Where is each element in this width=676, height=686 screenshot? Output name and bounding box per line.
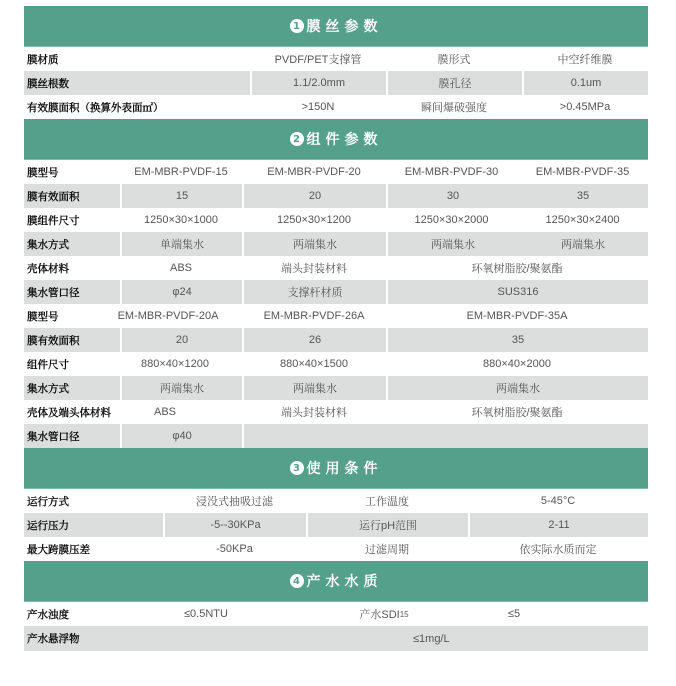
table-cell: 端头封装材料 xyxy=(242,256,386,280)
table-cell-sdi: 产水SDI15 xyxy=(284,602,484,626)
row-label: 集水方式 xyxy=(24,376,120,400)
table-cell: ≤0.5NTU xyxy=(184,602,284,626)
table-cell: 880×40×1500 xyxy=(242,352,386,376)
table-row: 膜型号 EM-MBR-PVDF-20A EM-MBR-PVDF-26A EM-M… xyxy=(24,304,648,328)
table-cell: PVDF/PET支撑管 xyxy=(250,47,386,71)
table-cell-group: 两端集水 两端集水 xyxy=(386,232,648,256)
table-cell: EM-MBR-PVDF-30 xyxy=(386,160,517,184)
table-cell: 1250×30×1000 xyxy=(120,208,242,232)
table-row: 壳体及端头体材料 ABS 端头封装材料 环氧树脂胶/聚氨酯 xyxy=(24,400,648,424)
table-cell: 35 xyxy=(386,328,648,352)
table-row: 膜型号 EM-MBR-PVDF-15 EM-MBR-PVDF-20 EM-MBR… xyxy=(24,160,648,184)
table-row: 集水方式 两端集水 两端集水 两端集水 xyxy=(24,376,648,400)
table-cell: 26 xyxy=(242,328,386,352)
table-cell: -50KPa xyxy=(163,537,306,561)
table-cell: 端头封装材料 xyxy=(242,400,386,424)
table-cell: 支撑杆材质 xyxy=(242,280,386,304)
table-cell: 2-11 xyxy=(468,513,648,537)
table-cell: 依实际水质而定 xyxy=(468,537,648,561)
table-cell: 20 xyxy=(242,184,386,208)
table-cell: 单端集水 xyxy=(120,232,242,256)
table-cell: 880×40×1200 xyxy=(108,352,242,376)
table-row: 产水悬浮物 ≤1mg/L xyxy=(24,626,648,651)
row-label: 壳体材料 xyxy=(24,256,120,280)
table-cell: 30 xyxy=(388,190,518,202)
table-cell: 两端集水 xyxy=(518,236,648,252)
row-label: 集水管口径 xyxy=(24,280,120,304)
row-label: 产水悬浮物 xyxy=(24,626,184,651)
table-row: 运行方式 浸没式抽吸过滤 工作温度 5-45°C xyxy=(24,489,648,513)
table-row: 壳体材料 ABS 端头封装材料 环氧树脂胶/聚氨酯 xyxy=(24,256,648,280)
table-cell: 0.1um xyxy=(522,71,648,95)
table-cell: 两端集水 xyxy=(388,236,518,252)
table-row: 运行压力 -5--30KPa 运行pH范围 2-11 xyxy=(24,513,648,537)
table-cell: 浸没式抽吸过滤 xyxy=(163,489,306,513)
table-cell: ≤5 xyxy=(484,602,544,626)
table-cell-text: 产水SDI xyxy=(359,606,399,622)
row-label: 壳体及端头体材料 xyxy=(24,400,142,424)
table-cell: 两端集水 xyxy=(120,376,242,400)
section-header-module-params: 2 组件参数 xyxy=(24,119,648,160)
row-label: 最大跨膜压差 xyxy=(24,537,163,561)
table-cell: φ40 xyxy=(120,424,242,448)
table-cell: EM-MBR-PVDF-20 xyxy=(242,160,386,184)
table-cell: 膜形式 xyxy=(386,47,522,71)
row-label: 膜组件尺寸 xyxy=(24,208,120,232)
table-cell-group: 30 35 xyxy=(386,184,648,208)
table-row: 膜有效面积 20 26 35 xyxy=(24,328,648,352)
table-cell: ABS xyxy=(120,256,242,280)
row-label: 膜型号 xyxy=(24,160,120,184)
table-cell: 过滤周期 xyxy=(306,537,468,561)
table-row: 集水管口径 φ24 支撑杆材质 SUS316 xyxy=(24,280,648,304)
table-cell: 中空纤维膜 xyxy=(522,47,648,71)
table-cell: EM-MBR-PVDF-35 xyxy=(517,160,648,184)
table-cell: 1250×30×1200 xyxy=(242,208,386,232)
table-cell: >0.45MPa xyxy=(522,95,648,119)
table-cell: 工作温度 xyxy=(306,489,468,513)
number-badge-icon: 4 xyxy=(290,574,304,588)
table-cell: 环氧树脂胶/聚氨酯 xyxy=(386,256,648,280)
table-cell: >150N xyxy=(250,95,386,119)
section-title: 产水水质 xyxy=(307,571,383,591)
table-cell: 瞬间爆破强度 xyxy=(386,95,522,119)
table-cell: 15 xyxy=(120,184,242,208)
table-row: 膜组件尺寸 1250×30×1000 1250×30×1200 1250×30×… xyxy=(24,208,648,232)
table-cell: -5--30KPa xyxy=(163,513,306,537)
table-cell: φ24 xyxy=(120,280,242,304)
table-cell: 1250×30×2400 xyxy=(517,208,648,232)
row-label: 有效膜面积（换算外表面㎡） xyxy=(24,95,250,119)
table-cell-blank xyxy=(544,602,648,626)
row-label: 膜型号 xyxy=(24,304,94,328)
table-cell: 20 xyxy=(120,328,242,352)
table-cell-empty xyxy=(242,424,648,448)
table-row: 最大跨膜压差 -50KPa 过滤周期 依实际水质而定 xyxy=(24,537,648,561)
table-cell: 35 xyxy=(518,190,648,202)
table-row: 膜有效面积 15 20 30 35 xyxy=(24,184,648,208)
spec-sheet: 1 膜丝参数 膜材质 PVDF/PET支撑管 膜形式 中空纤维膜 膜丝根数 1.… xyxy=(24,6,648,651)
section-title: 组件参数 xyxy=(307,129,383,149)
subscript: 15 xyxy=(400,610,409,619)
table-cell: 880×40×2000 xyxy=(386,352,648,376)
table-cell: 1.1/2.0mm xyxy=(250,71,386,95)
table-cell: ≤1mg/L xyxy=(184,626,648,651)
number-badge-icon: 2 xyxy=(290,132,304,146)
table-row: 膜材质 PVDF/PET支撑管 膜形式 中空纤维膜 xyxy=(24,47,648,71)
table-cell: EM-MBR-PVDF-26A xyxy=(242,304,386,328)
table-row: 集水方式 单端集水 两端集水 两端集水 两端集水 xyxy=(24,232,648,256)
table-row: 膜丝根数 1.1/2.0mm 膜孔径 0.1um xyxy=(24,71,648,95)
table-cell: 膜孔径 xyxy=(386,71,522,95)
section-title: 使用条件 xyxy=(307,458,383,478)
row-label: 运行方式 xyxy=(24,489,163,513)
table-cell: EM-MBR-PVDF-35A xyxy=(386,304,648,328)
table-cell: EM-MBR-PVDF-20A xyxy=(94,304,242,328)
table-cell: ABS xyxy=(142,400,242,424)
table-cell: 两端集水 xyxy=(386,376,648,400)
table-cell: EM-MBR-PVDF-15 xyxy=(120,160,242,184)
table-cell: SUS316 xyxy=(386,280,648,304)
number-badge-icon: 1 xyxy=(290,19,304,33)
table-cell: 环氧树脂胶/聚氨酯 xyxy=(386,400,648,424)
row-label: 膜有效面积 xyxy=(24,184,120,208)
table-row: 产水浊度 ≤0.5NTU 产水SDI15 ≤5 xyxy=(24,602,648,626)
table-cell: 1250×30×2000 xyxy=(386,208,517,232)
number-badge-icon: 3 xyxy=(290,461,304,475)
table-row: 组件尺寸 880×40×1200 880×40×1500 880×40×2000 xyxy=(24,352,648,376)
row-label: 集水管口径 xyxy=(24,424,120,448)
table-cell: 5-45°C xyxy=(468,489,648,513)
row-label: 产水浊度 xyxy=(24,602,184,626)
table-row: 有效膜面积（换算外表面㎡） >150N 瞬间爆破强度 >0.45MPa xyxy=(24,95,648,119)
row-label: 集水方式 xyxy=(24,232,120,256)
row-label: 膜有效面积 xyxy=(24,328,120,352)
section-header-operating-conditions: 3 使用条件 xyxy=(24,448,648,489)
section-header-membrane-fiber: 1 膜丝参数 xyxy=(24,6,648,47)
table-row: 集水管口径 φ40 xyxy=(24,424,648,448)
section-title: 膜丝参数 xyxy=(307,16,383,36)
table-cell: 两端集水 xyxy=(242,232,386,256)
table-cell: 运行pH范围 xyxy=(306,513,468,537)
row-label: 膜材质 xyxy=(24,47,250,71)
section-header-water-quality: 4 产水水质 xyxy=(24,561,648,602)
row-label: 运行压力 xyxy=(24,513,163,537)
row-label: 组件尺寸 xyxy=(24,352,108,376)
row-label: 膜丝根数 xyxy=(24,71,250,95)
table-cell: 两端集水 xyxy=(242,376,386,400)
